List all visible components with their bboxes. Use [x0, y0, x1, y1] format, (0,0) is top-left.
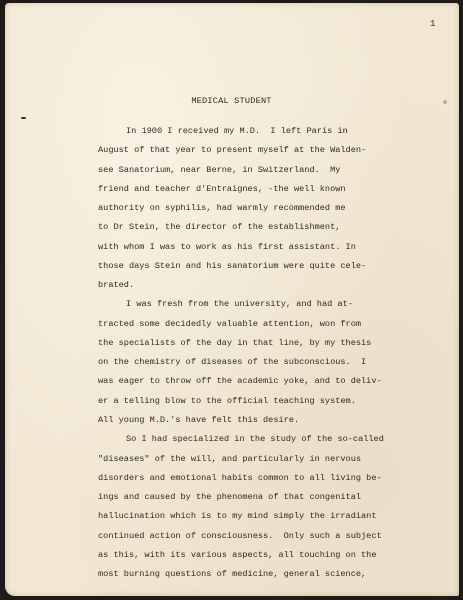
text-line: All young M.D.'s have felt this desire.: [98, 411, 438, 430]
text-line: brated.: [98, 276, 438, 295]
text-line: August of that year to present myself at…: [98, 141, 438, 160]
text-line: "diseases" of the will, and particularly…: [98, 450, 438, 469]
text-line: er a telling blow to the official teachi…: [98, 392, 438, 411]
text-line: as this, with its various aspects, all t…: [98, 546, 438, 565]
text-line: continued action of consciousness. Only …: [98, 527, 438, 546]
text-line: friend and teacher d'Entraignes, -the we…: [98, 180, 438, 199]
text-line: with whom I was to work as his first ass…: [98, 238, 438, 257]
text-line: to Dr Stein, the director of the establi…: [98, 218, 438, 237]
margin-pencil-mark: [21, 117, 26, 119]
text-line: ings and caused by the phenomena of that…: [98, 488, 438, 507]
text-line: tracted some decidedly valuable attentio…: [98, 315, 438, 334]
text-line: authority on syphilis, had warmly recomm…: [98, 199, 438, 218]
document-title: MEDICAL STUDENT: [0, 96, 463, 106]
text-line: those days Stein and his sanatorium were…: [98, 257, 438, 276]
text-line: So I had specialized in the study of the…: [98, 430, 438, 449]
page-number: 1: [430, 19, 435, 29]
text-line: In 1900 I received my M.D. I left Paris …: [98, 122, 438, 141]
document-body: In 1900 I received my M.D. I left Paris …: [98, 122, 438, 584]
text-line: hallucination which is to my mind simply…: [98, 507, 438, 526]
text-line: the specialists of the day in that line,…: [98, 334, 438, 353]
text-line: most burning questions of medicine, gene…: [98, 565, 438, 584]
text-line: disorders and emotional habits common to…: [98, 469, 438, 488]
text-line: was eager to throw off the academic yoke…: [98, 372, 438, 391]
text-line: on the chemistry of diseases of the subc…: [98, 353, 438, 372]
text-line: I was fresh from the university, and had…: [98, 295, 438, 314]
text-line: see Sanatorium, near Berne, in Switzerla…: [98, 161, 438, 180]
